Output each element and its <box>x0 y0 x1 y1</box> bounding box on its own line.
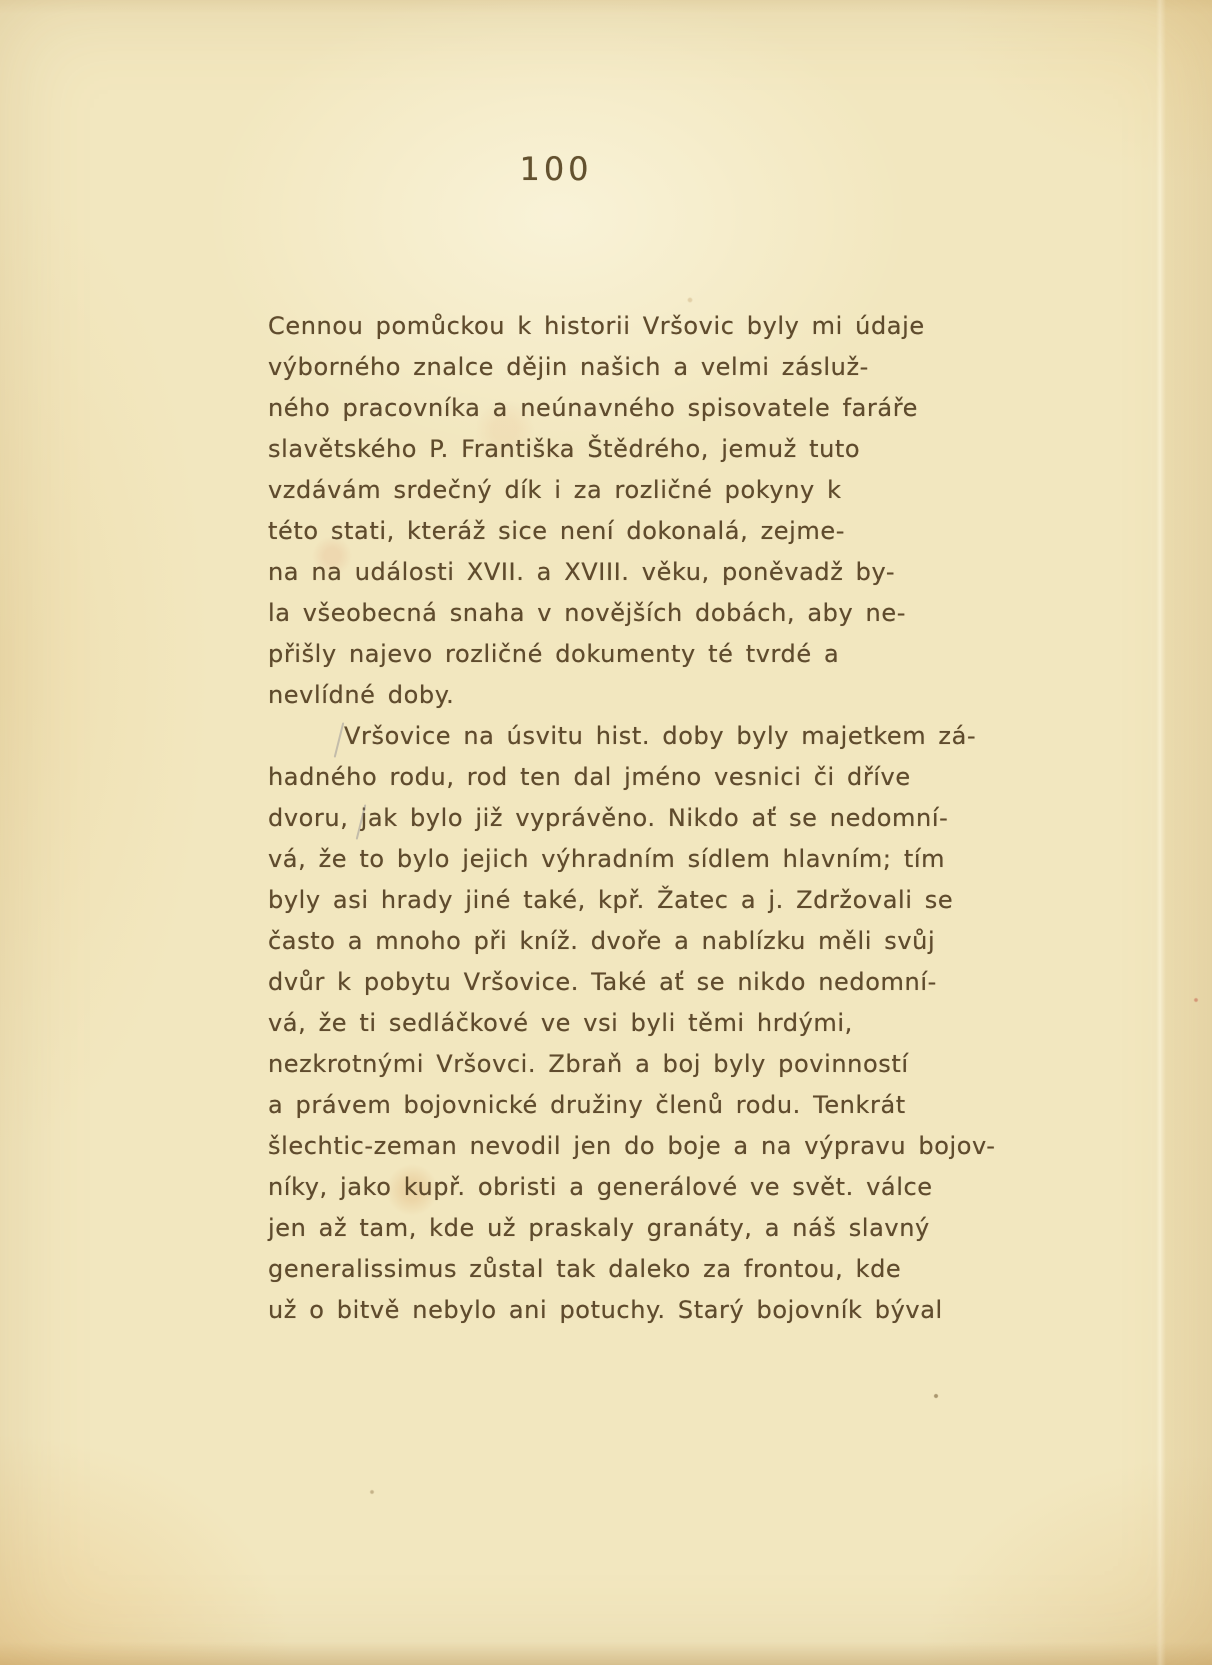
text-line: vá, že to bylo jejich výhradním sídlem h… <box>268 839 958 880</box>
text-line: byly asi hrady jiné také, kpř. Žatec a j… <box>268 880 958 921</box>
manuscript-text: Cennou pomůckou k historii Vršovic byly … <box>268 306 958 1331</box>
text-line: dvoru, jak bylo již vyprávěno. Nikdo ať … <box>268 798 958 839</box>
text-line: nevlídné doby. <box>268 675 958 716</box>
text-line: generalissimus zůstal tak daleko za fron… <box>268 1249 958 1290</box>
text-line: výborného znalce dějin našich a velmi zá… <box>268 347 958 388</box>
text-line: nezkrotnými Vršovci. Zbraň a boj byly po… <box>268 1044 958 1085</box>
paragraph: Vršovice na úsvitu hist. doby byly majet… <box>268 716 958 1331</box>
page-number: 100 <box>506 150 606 188</box>
text-line: dvůr k pobytu Vršovice. Také ať se nikdo… <box>268 962 958 1003</box>
text-line: často a mnoho při kníž. dvoře a nablízku… <box>268 921 958 962</box>
text-line: šlechtic-zeman nevodil jen do boje a na … <box>268 1126 958 1167</box>
text-line: přišly najevo rozličné dokumenty té tvrd… <box>268 634 958 675</box>
text-line: níky, jako kupř. obristi a generálové ve… <box>268 1167 958 1208</box>
text-line: jen až tam, kde už praskaly granáty, a n… <box>268 1208 958 1249</box>
text-line: Cennou pomůckou k historii Vršovic byly … <box>268 306 958 347</box>
text-line: Vršovice na úsvitu hist. doby byly majet… <box>268 716 958 757</box>
text-line: hadného rodu, rod ten dal jméno vesnici … <box>268 757 958 798</box>
text-line: vzdávám srdečný dík i za rozličné pokyny… <box>268 470 958 511</box>
text-line: vá, že ti sedláčkové ve vsi byli těmi hr… <box>268 1003 958 1044</box>
text-line: už o bitvě nebylo ani potuchy. Starý boj… <box>268 1290 958 1331</box>
text-line: této stati, kteráž sice není dokonalá, z… <box>268 511 958 552</box>
text-line: la všeobecná snaha v novějších dobách, a… <box>268 593 958 634</box>
paragraph: Cennou pomůckou k historii Vršovic byly … <box>268 306 958 716</box>
text-line: na na události XVII. a XVIII. věku, poně… <box>268 552 958 593</box>
text-line: a právem bojovnické družiny členů rodu. … <box>268 1085 958 1126</box>
manuscript-page: 100 Cennou pomůckou k historii Vršovic b… <box>0 0 1212 1665</box>
text-line: slavětského P. Františka Štědrého, jemuž… <box>268 429 958 470</box>
text-line: ného pracovníka a neúnavného spisovatele… <box>268 388 958 429</box>
